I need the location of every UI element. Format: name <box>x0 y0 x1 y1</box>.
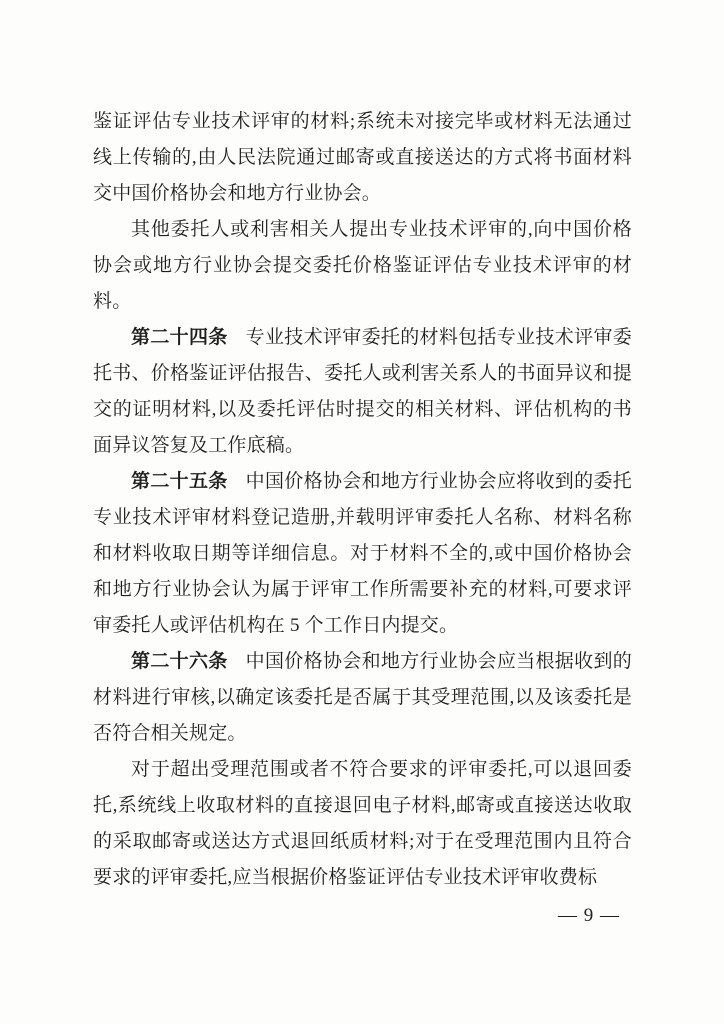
paragraph-article-25: 第二十五条中国价格协会和地方行业协会应将收到的委托专业技术评审材料登记造册,并载… <box>93 464 632 644</box>
page-footer: — 9 — <box>93 898 632 934</box>
paragraph: 对于超出受理范围或者不符合要求的评审委托,可以退回委托,系统线上收取材料的直接退… <box>93 752 632 896</box>
paragraph-text: 鉴证评估专业技术评审的材料;系统未对接完毕或材料无法通过线上传输的,由人民法院通… <box>93 111 632 204</box>
article-number: 第二十五条 <box>131 471 228 492</box>
paragraph-text: 中国价格协会和地方行业协会应将收到的委托专业技术评审材料登记造册,并载明评审委托… <box>93 471 632 636</box>
document-page: 鉴证评估专业技术评审的材料;系统未对接完毕或材料无法通过线上传输的,由人民法院通… <box>0 0 724 1024</box>
article-number: 第二十六条 <box>131 651 228 672</box>
paragraph: 其他委托人或利害相关人提出专业技术评审的,向中国价格协会或地方行业协会提交委托价… <box>93 212 632 320</box>
paragraph-text: 其他委托人或利害相关人提出专业技术评审的,向中国价格协会或地方行业协会提交委托价… <box>93 219 632 312</box>
paragraph-text: 对于超出受理范围或者不符合要求的评审委托,可以退回委托,系统线上收取材料的直接退… <box>93 759 632 888</box>
page-number: — 9 — <box>558 905 632 926</box>
paragraph-article-26: 第二十六条中国价格协会和地方行业协会应当根据收到的材料进行审核,以确定该委托是否… <box>93 644 632 752</box>
paragraph-continuation: 鉴证评估专业技术评审的材料;系统未对接完毕或材料无法通过线上传输的,由人民法院通… <box>93 104 632 212</box>
article-number: 第二十四条 <box>131 327 228 348</box>
paragraph-article-24: 第二十四条专业技术评审委托的材料包括专业技术评审委托书、价格鉴证评估报告、委托人… <box>93 320 632 464</box>
document-body: 鉴证评估专业技术评审的材料;系统未对接完毕或材料无法通过线上传输的,由人民法院通… <box>93 104 632 896</box>
